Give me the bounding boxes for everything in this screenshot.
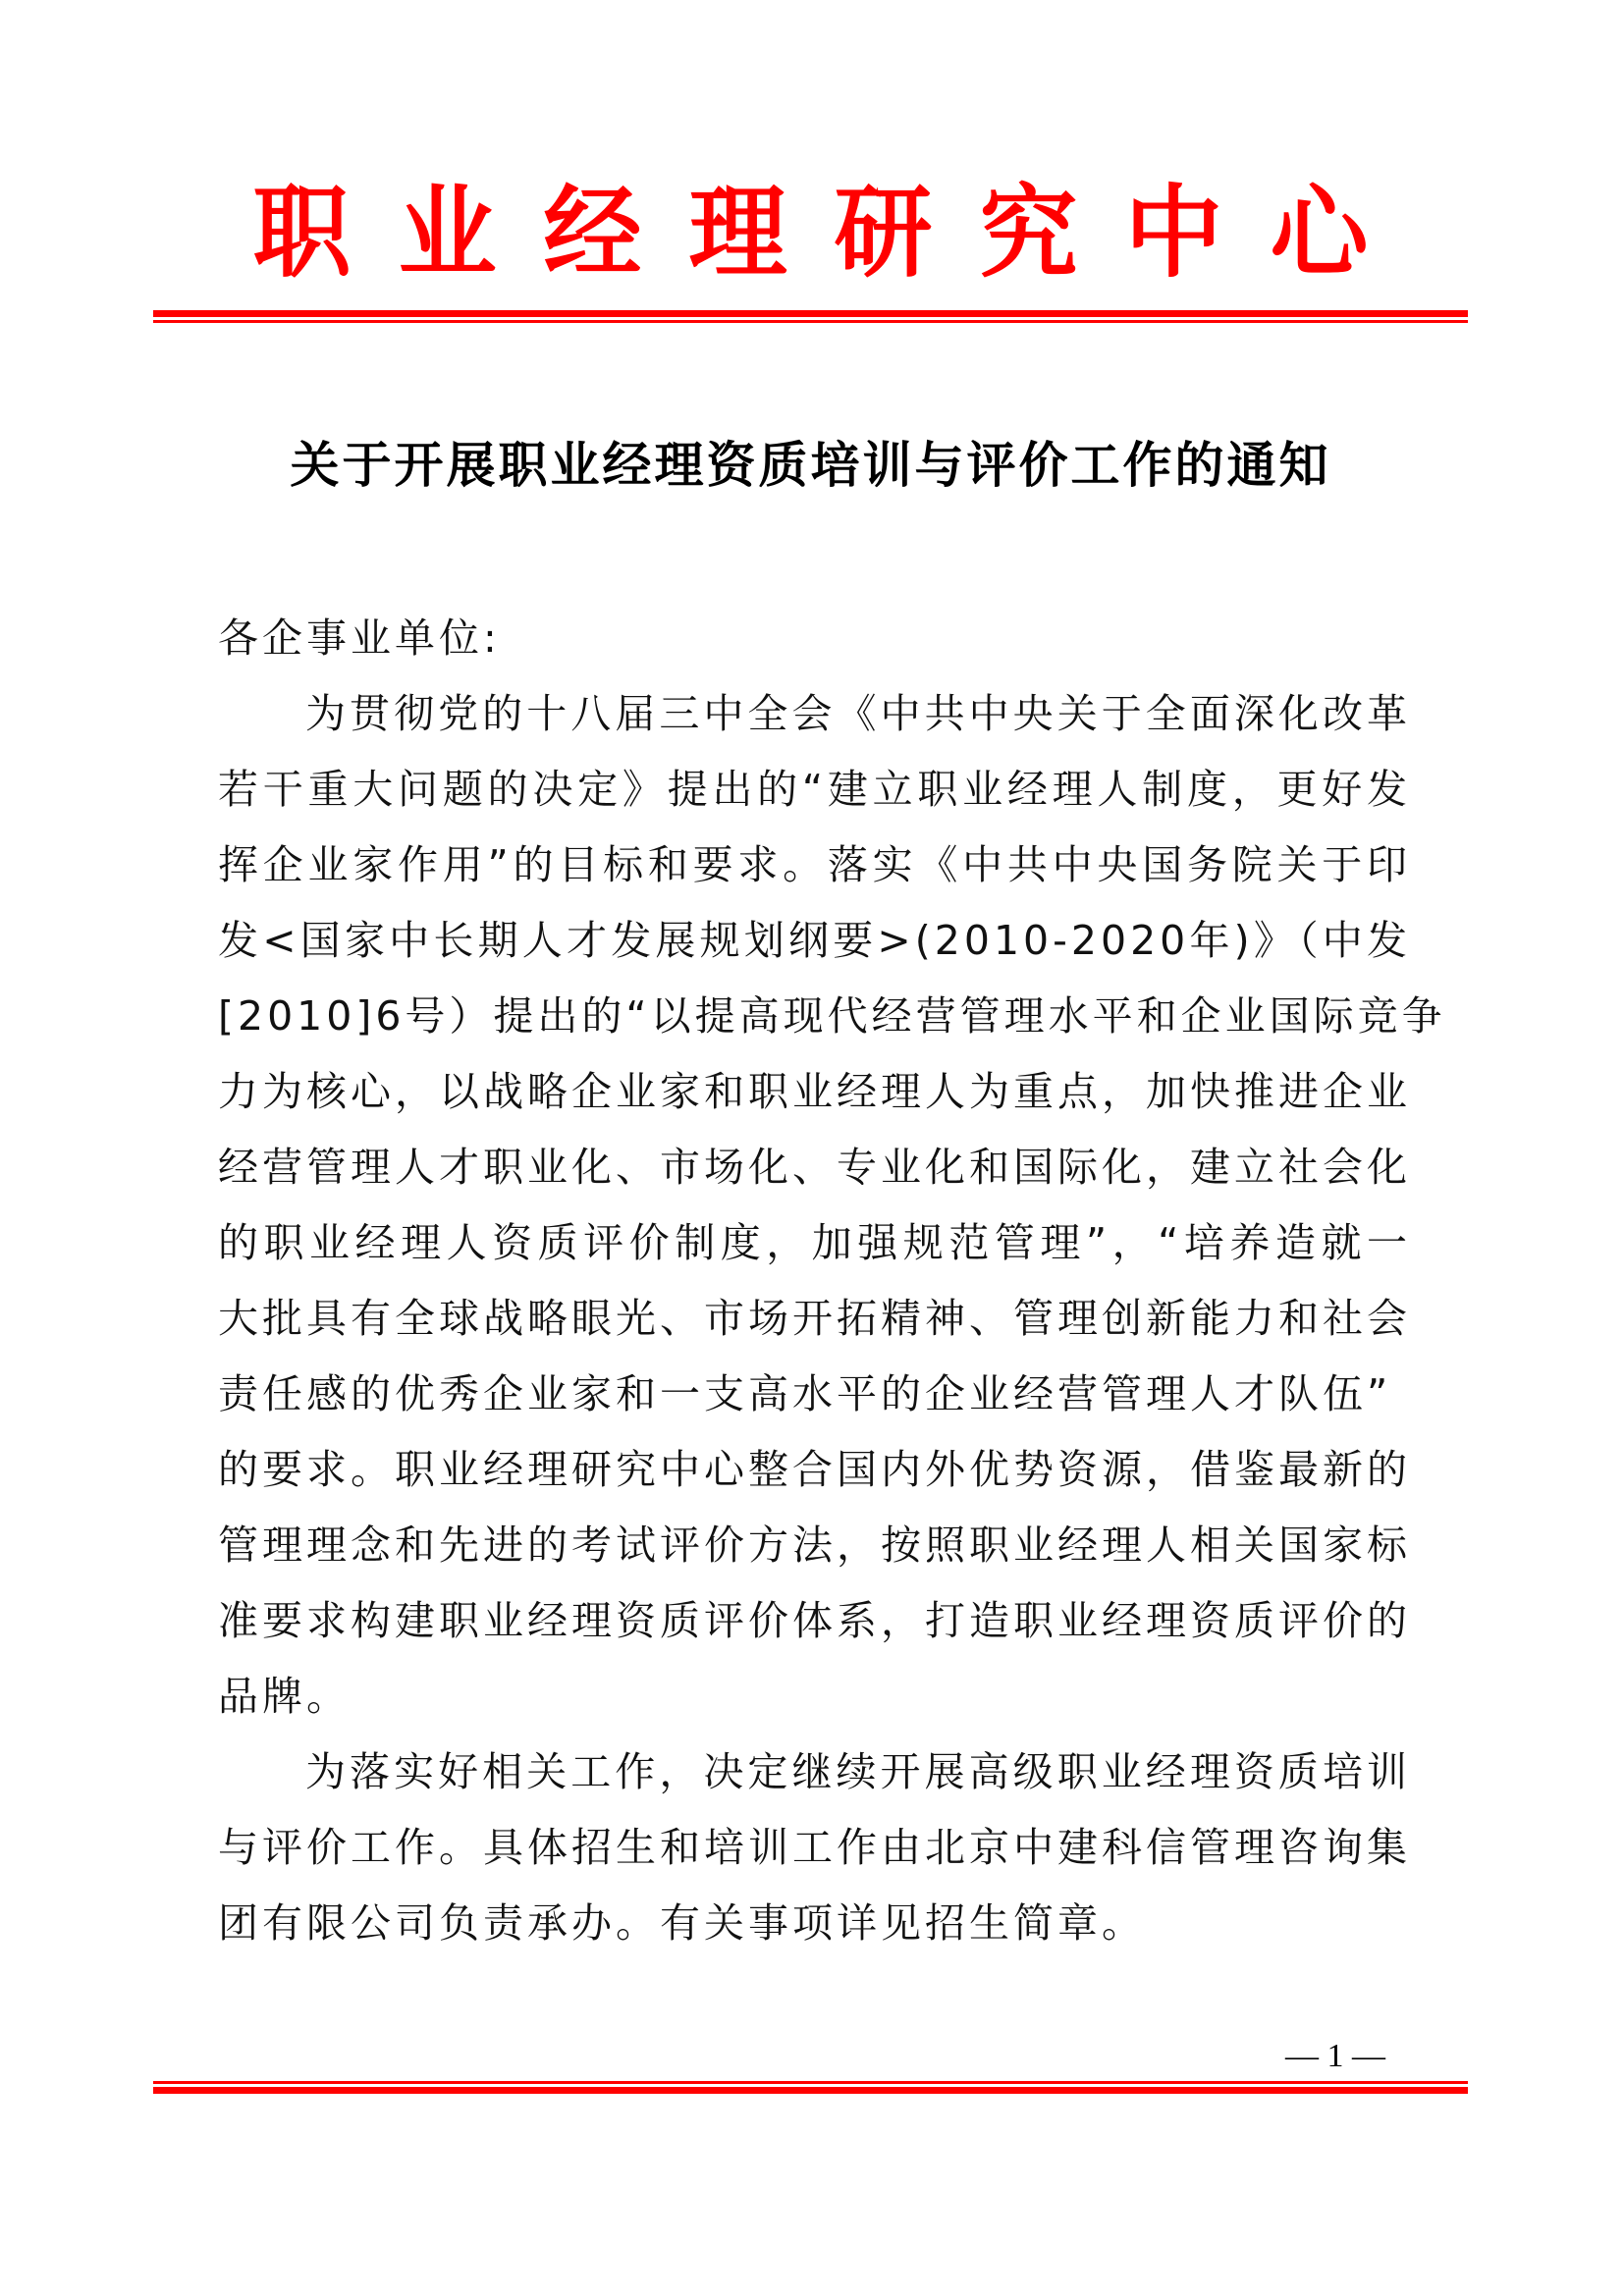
paragraph-line: 品牌。 <box>218 1659 1411 1735</box>
masthead: 职业经理研究中心 <box>153 169 1468 296</box>
paragraph-line: 责任感的优秀企业家和一支高水平的企业经营管理人才队伍” <box>218 1357 1411 1432</box>
paragraph-line: 的职业经理人资质评价制度，加强规范管理”，“培养造就一 <box>218 1205 1411 1281</box>
header-rule-thin <box>153 320 1468 323</box>
paragraph-line: 力为核心，以战略企业家和职业经理人为重点，加快推进企业 <box>218 1054 1411 1130</box>
paragraph-line: 管理理念和先进的考试评价方法，按照职业经理人相关国家标 <box>218 1508 1411 1583</box>
paragraph-line: 若干重大问题的决定》提出的“建立职业经理人制度，更好发 <box>218 752 1411 828</box>
document-body: 各企事业单位: 为贯彻党的十八届三中全会《中共中央关于全面深化改革 若干重大问题… <box>218 601 1411 1961</box>
paragraph-line: 发<国家中长期人才发展规划纲要>(2010-2020年)》（中发 <box>218 903 1411 979</box>
paragraph-line: [2010]6号）提出的“以提高现代经营管理水平和企业国际竞争 <box>218 979 1411 1054</box>
paragraph-line: 大批具有全球战略眼光、市场开拓精神、管理创新能力和社会 <box>218 1281 1411 1357</box>
salutation: 各企事业单位: <box>218 601 1411 676</box>
footer-rule-thick <box>153 2087 1468 2094</box>
paragraph-line: 与评价工作。具体招生和培训工作由北京中建科信管理咨询集 <box>218 1810 1411 1886</box>
paragraph-line: 为落实好相关工作，决定继续开展高级职业经理资质培训 <box>218 1735 1411 1810</box>
header-rule-thick <box>153 310 1468 317</box>
paragraph-line: 挥企业家作用”的目标和要求。落实《中共中央国务院关于印 <box>218 828 1411 903</box>
organization-name: 职业经理研究中心 <box>253 168 1416 298</box>
paragraph-line: 团有限公司负责承办。有关事项详见招生简章。 <box>218 1886 1411 1961</box>
page-number: — 1 — <box>1257 2032 1414 2081</box>
paragraph-line: 的要求。职业经理研究中心整合国内外优势资源，借鉴最新的 <box>218 1432 1411 1508</box>
paragraph-line: 为贯彻党的十八届三中全会《中共中央关于全面深化改革 <box>218 676 1411 752</box>
footer-rule-thin <box>153 2081 1468 2084</box>
paragraph-line: 准要求构建职业经理资质评价体系，打造职业经理资质评价的 <box>218 1583 1411 1659</box>
paragraph-line: 经营管理人才职业化、市场化、专业化和国际化，建立社会化 <box>218 1130 1411 1205</box>
document-title: 关于开展职业经理资质培训与评价工作的通知 <box>153 428 1468 503</box>
